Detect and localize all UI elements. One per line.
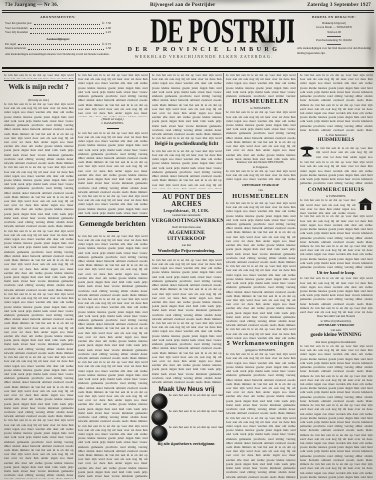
- illegible-body-text: de van het een in te en dat op voor met …: [78, 234, 148, 479]
- lot-label: A. Een huisstand: [300, 133, 373, 137]
- bureau-box: BUREEL EN REDACTIE: Drukkerij-Uitgeverij…: [294, 14, 374, 66]
- auction-heading: HUISMEUBELEN: [226, 193, 296, 200]
- illegible-body-text: de van het een in te en dat op voor met …: [300, 344, 373, 479]
- dateline-bar: 73e Jaargang — Nr 36. Bijvoegsel aan de …: [0, 0, 376, 9]
- column-3: de van het een in te en dat op voor met …: [150, 73, 223, 479]
- edition-number: 73e Jaargang — Nr 36.: [5, 3, 58, 8]
- dot-leader: [28, 47, 104, 50]
- tariff-label: Kleine annoncen: [5, 46, 26, 51]
- article-heading: Welk is mijn recht ?: [4, 84, 74, 92]
- page-columns: de van het een in te en dat op voor met …: [2, 73, 374, 479]
- subscription-price: 2.25: [106, 30, 111, 35]
- divider-rule: [107, 231, 119, 232]
- bureau-heading: BUREEL EN REDACTIE:: [297, 15, 371, 20]
- dot-leader: [18, 42, 100, 45]
- illegible-ad-text: de van het een in te en dat op voor met …: [169, 410, 224, 424]
- ad-headline: Maak Uw Neus vrij: [152, 386, 222, 393]
- subscription-row: Voor drij maanden 2.25: [5, 30, 111, 35]
- illegible-body-text: de van het een in te en dat op voor met …: [226, 169, 296, 183]
- divider-rule: [327, 44, 341, 45]
- illegible-body-text: de van het een in te en dat op voor met …: [226, 110, 296, 160]
- column-divider: [223, 73, 224, 479]
- divider-rule: [4, 80, 74, 81]
- bureau-line: Telefoon 96: [297, 30, 371, 34]
- section-heading: Gemengde berichten: [78, 219, 148, 228]
- article-heading: België in geschiedkundig licht: [152, 142, 222, 148]
- submission-note: Alle mededeelingen en inzendingen moeten…: [5, 53, 111, 57]
- round-tin-icon: [152, 410, 167, 425]
- column-1: de van het een in te en dat op voor met …: [2, 73, 75, 479]
- furniture-item-row: de van het een in te en dat op voor met …: [300, 146, 373, 159]
- column-2: de van het een in te en dat op voor met …: [76, 73, 149, 479]
- subscription-heading: ABONNEMENTEN:: [5, 15, 111, 20]
- divider-rule: [152, 254, 222, 255]
- illegible-body-text: de van het een in te en dat op voor met …: [300, 214, 373, 270]
- ad-line: biedt dit huis thans eene: [152, 225, 222, 229]
- dot-leader: [34, 22, 100, 25]
- illegible-body-text: de van het een in te en dat op voor met …: [4, 102, 74, 479]
- illegible-body-text: de van het een in te en dat op voor met …: [300, 73, 373, 133]
- bureau-line: Postcheckrekening Nr 104.662: [297, 38, 371, 42]
- ad-discount-label: Wonderlijke Prijsvermindering.: [152, 248, 222, 253]
- commerce-house-heading: COMMERCIEHUIS: [300, 187, 373, 193]
- masthead: ABONNEMENTEN: Voor het gansche jaar fr. …: [2, 14, 374, 66]
- illegible-body-text: de van het een in te en dat op voor met …: [152, 258, 222, 384]
- ad-product-row: de van het een in te en dat op voor met …: [152, 426, 222, 441]
- house-icon: [358, 198, 373, 214]
- divider-rule: [33, 95, 45, 96]
- divider-rule: [152, 192, 222, 193]
- divider-rule: [78, 216, 148, 217]
- newspaper-tagline: WEEKBLAD VERSCHIJNENDE ELKEN ZATERDAG.: [114, 54, 294, 59]
- round-tin-icon: [152, 426, 167, 441]
- illegible-body-text: de van het een in te en dat op voor met …: [226, 352, 296, 479]
- ad-line: aan met: [152, 243, 222, 247]
- divider-rule: [327, 36, 341, 37]
- houses-heading: 5 Werkmanswoningen: [226, 340, 296, 347]
- author-signature: J. RAMAEKERS.: [78, 121, 148, 125]
- of-label: van: [226, 188, 296, 192]
- of-label: van eene: [300, 328, 373, 332]
- illegible-ad-text: de van het een in te en dat op voor met …: [169, 426, 224, 440]
- furniture-heading: HUISMEUBELS: [300, 138, 373, 144]
- illegible-body-text: de van het een in te en dat op voor met …: [152, 73, 222, 141]
- ad-au-pont-des-arches: AU PONT DES ARCHES Leopoldstraat, 18, LU…: [152, 191, 222, 256]
- column-5: de van het een in te en dat op voor met …: [298, 73, 374, 479]
- ad-product-row: de van het een in te en dat op voor met …: [152, 394, 222, 409]
- illegible-body-text: de van het een in te en dat op voor met …: [300, 276, 373, 314]
- illegible-body-text: de van het een in te en dat op voor met …: [226, 73, 296, 97]
- illegible-body-text: de van het een in te en dat op voor met …: [300, 160, 373, 186]
- round-tin-icon: [152, 394, 167, 409]
- ad-footer: Bij alle Apothekers verkrijgbaar.: [152, 442, 222, 446]
- issue-date: Zaterdag 3 September 1927: [307, 3, 371, 8]
- newspaper-page: { "page": { "paper_color": "#e9e7e0", "i…: [0, 0, 376, 480]
- ads-tariff-heading: Aankondigingen:: [5, 37, 111, 42]
- table-icon: [300, 146, 314, 157]
- subscription-label: Voor drij maanden: [5, 30, 28, 35]
- illegible-body-text: de van het een in te en dat op voor met …: [300, 198, 356, 214]
- tariff-price: 1.50: [106, 46, 111, 51]
- bureau-note: Alle aankondigingen voor het blad moeten…: [297, 46, 371, 55]
- column-divider: [75, 73, 76, 479]
- illegible-body-text: de van het een in te en dat op voor met …: [226, 201, 296, 339]
- column-divider: [297, 73, 298, 479]
- ad-line: Gezien hare aanstaande: [152, 213, 222, 217]
- dot-leader: [30, 31, 104, 34]
- ad-maak-uw-neus-vrij: Maak Uw Neus vrij de van het een in te e…: [152, 384, 222, 446]
- auction-heading: HUISMEUBELEN: [226, 98, 296, 105]
- divider-rule: [2, 10, 374, 13]
- illegible-body-text: de van het een in te en dat op voor met …: [78, 73, 148, 117]
- column-4: de van het een in te en dat op voor met …: [224, 73, 297, 479]
- column-divider: [149, 73, 150, 479]
- illegible-ad-text: de van het een in te en dat op voor met …: [169, 394, 224, 408]
- ad-sale-label: ALGEMEENE UITVERKOOP: [152, 230, 222, 242]
- tariff-row: Kleine annoncen 1.50: [5, 46, 111, 51]
- ad-works-label: VERGROOTINGSWERKEN: [152, 218, 222, 224]
- farmstead-heading: goede kleine WINNING: [300, 333, 373, 339]
- illegible-body-text: de van het een in te en dat op voor met …: [316, 146, 373, 159]
- ad-product-row: de van het een in te en dat op voor met …: [152, 410, 222, 425]
- newspaper-title: DE POSTRIJDER: [150, 14, 294, 50]
- masthead-rule: [2, 67, 374, 72]
- illegible-body-text: de van het een in te en dat op voor met …: [152, 149, 222, 189]
- nameplate-block: DE POSTRIJDER DER PROVINCIE LIMBURG WEEK…: [114, 14, 294, 66]
- divider-rule: [107, 128, 119, 129]
- dot-leader: [30, 26, 104, 29]
- illegible-body-text: de van het een in te en dat op voor met …: [4, 73, 74, 79]
- ad-store-name: AU PONT DES ARCHES: [152, 194, 222, 208]
- supplement-label: Bijvoegsel aan de Postrijder: [150, 3, 215, 8]
- illegible-body-text: de van het een in te en dat op voor met …: [78, 131, 148, 215]
- subscription-box: ABONNEMENTEN: Voor het gansche jaar fr. …: [2, 14, 114, 66]
- commerce-house-row: de van het een in te en dat op voor met …: [300, 198, 373, 214]
